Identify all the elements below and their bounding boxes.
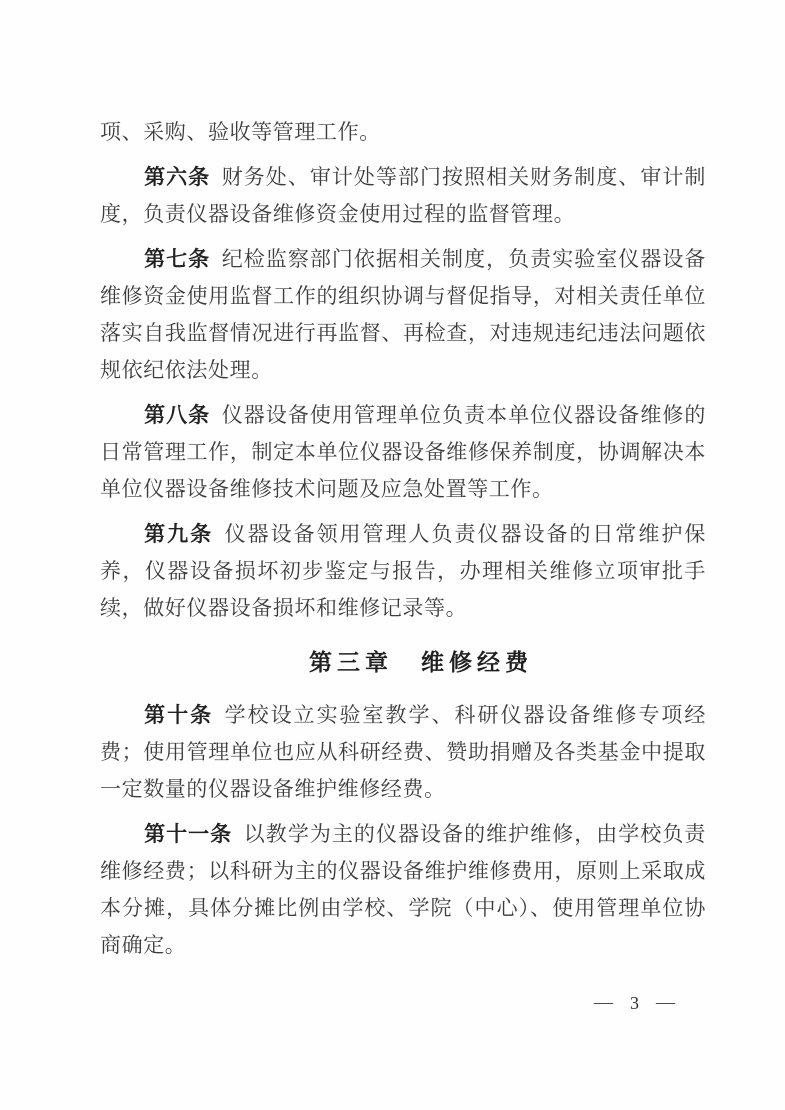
article-8-label: 第八条 — [144, 403, 210, 427]
article-6-label: 第六条 — [144, 165, 210, 189]
article-9-label: 第九条 — [144, 522, 213, 546]
article-7: 第七条纪检监察部门依据相关制度，负责实验室仪器设备维修资金使用监督工作的组织协调… — [100, 241, 706, 389]
page-footer: — 3 — — [594, 986, 675, 1020]
article-8: 第八条仪器设备使用管理单位负责本单位仪器设备维修的日常管理工作，制定本单位仪器设… — [100, 397, 706, 508]
article-9: 第九条仪器设备领用管理人负责仪器设备的日常维护保养，仪器设备损坏初步鉴定与报告，… — [100, 516, 706, 627]
page-number: 3 — [630, 986, 639, 1020]
article-11-label: 第十一条 — [144, 822, 232, 846]
article-6: 第六条财务处、审计处等部门按照相关财务制度、审计制度，负责仪器设备维修资金使用过… — [100, 159, 706, 233]
paragraph-continuation: 项、采购、验收等管理工作。 — [100, 114, 706, 151]
chapter-heading: 第三章 维修经费 — [136, 641, 706, 683]
article-10: 第十条学校设立实验室教学、科研仪器设备维修专项经费；使用管理单位也应从科研经费、… — [100, 697, 706, 808]
article-10-label: 第十条 — [144, 703, 213, 727]
article-7-label: 第七条 — [144, 247, 210, 271]
footer-dash-left: — — [594, 986, 613, 1020]
document-content: 项、采购、验收等管理工作。 第六条财务处、审计处等部门按照相关财务制度、审计制度… — [100, 114, 706, 964]
document-page: 项、采购、验收等管理工作。 第六条财务处、审计处等部门按照相关财务制度、审计制度… — [0, 0, 785, 1110]
footer-dash-right: — — [656, 986, 675, 1020]
article-11: 第十一条以教学为主的仪器设备的维护维修，由学校负责维修经费；以科研为主的仪器设备… — [100, 816, 706, 964]
